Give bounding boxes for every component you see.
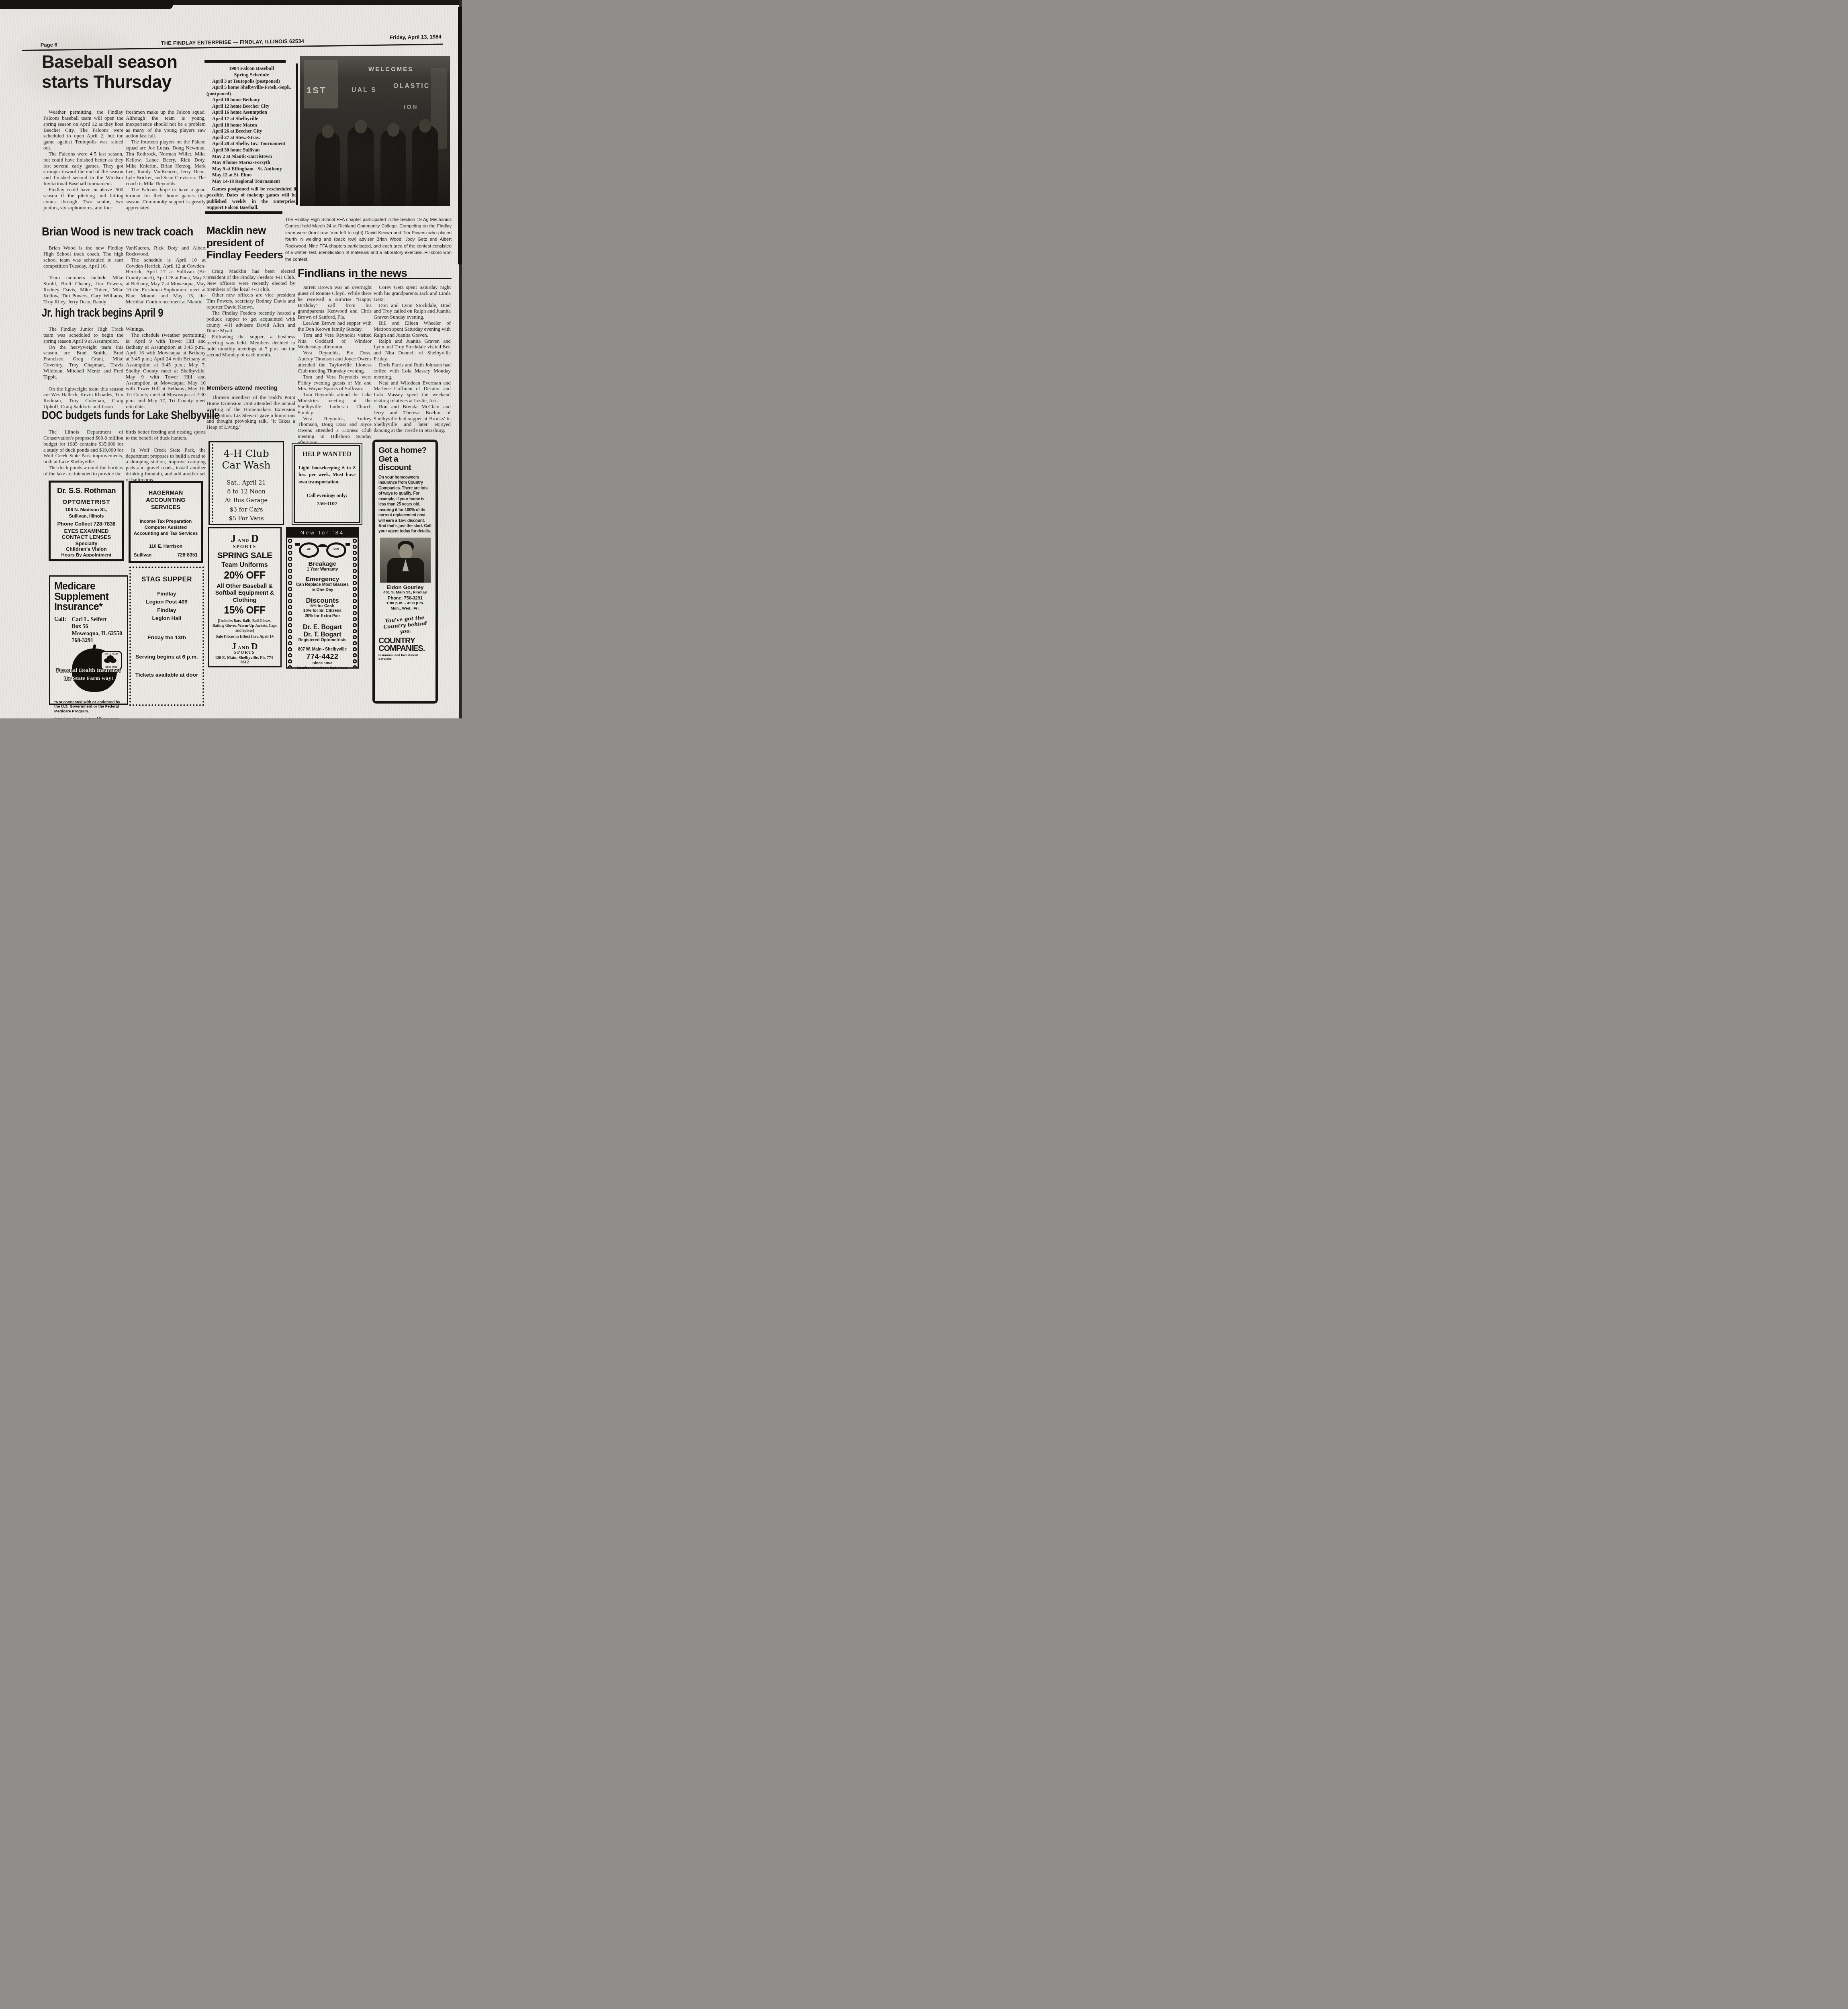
ad-bogart-breakage: Breakage (295, 561, 350, 567)
paragraph: Jarrett Brown was an overnight guest of … (298, 284, 372, 320)
ad-help-wanted-inner: HELP WANTED Light housekeeping 6 to 8 hr… (294, 445, 360, 523)
paragraph: VanKueren, Rick Doty and Albert Rockwood… (126, 245, 206, 257)
ad-help-body: Light housekeeping 6 to 8 hrs. per week.… (298, 464, 356, 485)
glasses-lens-left: WE (299, 542, 319, 558)
paragraph: freshmen make up the Falcon squad. Altho… (126, 109, 206, 139)
schedule-game: April 27 at Stew.-Stras. (206, 135, 296, 141)
photo-banner-text: 1ST (307, 85, 326, 96)
ad-country-hours: 1:00 p.m. - 4:30 p.m. (378, 601, 432, 606)
ad-country-brand: COMPANIES. (378, 645, 432, 653)
photo-left-edge (296, 63, 298, 205)
call-label: Call: (54, 616, 66, 644)
person-silhouette (348, 126, 374, 206)
schedule-note: Games postponed will be rescheduled if p… (206, 186, 296, 211)
scan-edge-right-dark (458, 7, 462, 264)
glasses-arm (295, 543, 300, 546)
ad-rothman-line: Children's Vision (53, 546, 120, 552)
baseball-col1: Weather permitting, the Findlay Falcons … (43, 109, 123, 211)
ad-stag-line: Findlay (134, 590, 199, 598)
contact-line: Carl L. Seifert (72, 616, 123, 624)
ad-help-phone: 756-3107 (298, 500, 356, 507)
ad-bogart-address: 807 W. Main - Shelbyville (295, 647, 350, 653)
page-header: Page 6 THE FINDLAY ENTERPRISE — FINDLAY,… (22, 29, 443, 51)
contact-line: Moweaqua, IL 62550 (72, 630, 123, 638)
glasses-icon: WE CAN (299, 542, 346, 559)
ad-hagerman-service: Computer Assisted (133, 525, 198, 530)
paragraph: The duck ponds around the borders of the… (43, 465, 123, 477)
schedule-game: May 14-18 Regional Tournament (206, 178, 296, 185)
paragraph: Ron and Brenda McClain and Jerry and The… (374, 404, 451, 434)
macklin-body: Craig Macklin has been elected president… (206, 268, 295, 358)
schedule-game: April 30 home Sullivan (206, 147, 296, 153)
ad-stag-line: Legion Post 409 (134, 598, 199, 606)
paragraph: The Findlay Feeders recently hosted a po… (206, 310, 295, 334)
ad-jd-off1: 20% OFF (212, 570, 278, 581)
agent-photo (380, 538, 431, 583)
person-silhouette (412, 125, 438, 206)
ad-rothman-line: CONTACT LENSES (53, 534, 120, 540)
photo-caption: The Findlay High School FFA chapter part… (285, 217, 452, 263)
person-head (419, 119, 431, 133)
ad-jd-effective: Sale Prices in Effect thru April 14 (212, 634, 278, 639)
ad-bogart-doctor2: Dr. T. Bogart (295, 631, 350, 638)
schedule-game: April 12 home Beecher City (206, 103, 296, 110)
ad-country-body: On your homeowners insurance from Countr… (378, 475, 432, 534)
photo-banner-text: UAL S (352, 87, 377, 94)
paragraph: The schedule is April 10 at Cowden-Herri… (126, 257, 206, 305)
newspaper-page: Page 6 THE FINDLAY ENTERPRISE — FINDLAY,… (0, 0, 462, 718)
ad-stag-line: Serving begins at 6 p.m. (134, 653, 199, 661)
ad-rothman-title: OPTOMETRIST (53, 499, 120, 505)
spacer (213, 471, 280, 479)
ad-medicare-company: State Farm Mutual Automobile Insurance C… (54, 717, 123, 718)
paragraph: Other new officers are vice president Ti… (206, 292, 295, 310)
paragraph: The schedule (weather permitting) is: Ap… (126, 332, 206, 410)
ad-rothman-line: Specialty (53, 541, 120, 546)
ad-jd-off2: 15% OFF (212, 605, 278, 616)
chain-border-right (352, 538, 358, 667)
company-line: State Farm Mutual Automobile Insurance C… (54, 717, 123, 718)
ad-rothman-optometrist: Dr. S.S. Rothman OPTOMETRIST 106 N. Madi… (49, 481, 124, 561)
ad-jd-item1: Team Uniforms (212, 562, 278, 569)
ad-bogart-optometrists: New for '84 WE CAN Breakage 1 Year Warra… (286, 527, 359, 669)
ad-jd-address: 120 E. Main, Shelbyville, Ph. 774-6612 (212, 656, 278, 665)
paragraph: birds better feeding and nesting sports … (126, 429, 206, 441)
ad-stag-line: Friday the 13th (134, 634, 199, 642)
headline-brian-wood: Brian Wood is new track coach (42, 225, 201, 238)
ad-jd-brand: J AND D (212, 532, 278, 545)
headline-macklin: Macklin new president of Findlay Feeders (206, 224, 298, 261)
ad-rothman-address2: Sullivan, Illinois (53, 514, 120, 519)
paragraph: Thirteen members of the Todd's Point Hom… (206, 395, 295, 430)
scan-edge-top-left (0, 0, 173, 9)
ad-hagerman-service: Accounting and Tax Services (133, 531, 198, 536)
agent-face (399, 544, 412, 559)
ad-rothman-line: Hours By Appointment (53, 553, 120, 558)
ad-medicare-state-farm: Medicare Supplement Insurance* Call: Car… (49, 575, 128, 705)
jr-track-col2: Winings. The schedule (weather permittin… (126, 326, 206, 410)
brand-letter-j: J (231, 641, 236, 651)
ad-jd-includes: [Includes Bats, Balls, Ball Gloves, Batt… (212, 619, 278, 633)
headline-doc: DOC budgets funds for Lake Shelbyville (42, 409, 209, 422)
findlians-rule (355, 278, 452, 279)
ad-country-companies: Got a home? Get a discount On your homeo… (372, 440, 438, 704)
ad-help-wanted: HELP WANTED Light housekeeping 6 to 8 hr… (292, 443, 362, 525)
schedule-game: April 16 home Assumption (206, 109, 296, 116)
apple-slogan-line2: the State Farm way! (54, 675, 123, 681)
ad-country-agent: Eldon Gourley (378, 584, 432, 590)
schedule-game: May 12 at St. Elmo (206, 172, 296, 178)
paragraph: Weather permitting, the Findlay Falcons … (43, 109, 123, 151)
schedule-game: April 5 home Shelbyville-Frosh.-Soph. (p… (206, 84, 296, 97)
headline-baseball: Baseball season starts Thursday (42, 52, 199, 92)
ad-carwash-line: At Bus Garage (213, 496, 280, 505)
ad-bogart-banner: New for '84 (287, 528, 358, 538)
subhead-members-meeting: Members attend meeting (206, 385, 278, 391)
contact-block: Carl L. Seifert Box 56 Moweaqua, IL 6255… (72, 616, 123, 644)
ad-rothman-name: Dr. S.S. Rothman (53, 487, 120, 495)
ad-carwash-line: $5 For Vans (213, 514, 280, 523)
ad-bogart-discount-line: 5% for Cash (295, 604, 350, 609)
logo-text: STATE FARM (102, 653, 121, 655)
ad-carwash-line: Sat., April 21 (213, 479, 280, 487)
brand-and: AND (238, 645, 249, 651)
headline-jr-track: Jr. high track begins April 9 (42, 306, 196, 319)
paragraph: The fourteen players on the Falcon squad… (126, 139, 206, 187)
brand-and: AND (238, 538, 249, 543)
paragraph: Ralph and Juanita Graven and Lynn and Tr… (374, 338, 451, 362)
contact-line: Box 56 (72, 623, 123, 630)
paragraph: Vera Reynolds, Audrey Thomson, Doug Doss… (298, 416, 372, 446)
ad-rothman-phone: Phone Collect 728-7838 (53, 521, 120, 527)
ad-bogart-since: Since 1953 (295, 661, 350, 666)
logo-oval (110, 658, 117, 663)
ad-carwash-title: Car Wash (213, 460, 280, 471)
ad-country-days: Mon., Wed., Fri. (378, 606, 432, 612)
paragraph: LeeAnn Brown had supper with the Don Keo… (298, 320, 372, 332)
brand-letter-j: J (231, 532, 236, 544)
schedule-game: April 18 home Macon (206, 122, 296, 129)
person-head (322, 125, 334, 138)
ad-jd-sports-label: SPORTS (212, 544, 278, 550)
paragraph: Team members include Mike Strohl, Brett … (43, 275, 123, 305)
macklin-body2: Thirteen members of the Todd's Point Hom… (206, 395, 295, 430)
ad-rothman-line: EYES EXAMINED (53, 528, 120, 534)
ad-medicare-footnote: *Not connected with or endorsed by the U… (54, 700, 123, 714)
ad-hagerman-phone: 728-8351 (177, 552, 198, 558)
paragraph: Following the supper, a business meeting… (206, 334, 295, 358)
paragraph: Tom and Vera Reynolds visited Nita Godda… (298, 332, 372, 350)
brian-wood-col1: Brian Wood is the new Findlay High Schoo… (43, 245, 123, 305)
person-head (387, 123, 399, 137)
ad-4h-car-wash: 4-H Club Car Wash Sat., April 21 8 to 12… (209, 441, 284, 525)
brand-letter-d: D (251, 532, 259, 544)
ad-hagerman-title: HAGERMAN ACCOUNTING SERVICES (133, 489, 198, 511)
ad-stag-line: Legion Hall (134, 614, 199, 622)
photo-banner-text: WELCOMES (368, 66, 413, 73)
ad-country-headline: Got a home? Get a discount (378, 446, 432, 472)
schedule-subtitle: Spring Schedule (206, 72, 296, 78)
paragraph: The Illinois Department of Conservation'… (43, 429, 123, 465)
paragraph: Tom and Vera Reynolds were Friday evenin… (298, 374, 372, 392)
glasses-arm (345, 543, 350, 546)
ad-bogart-member: Member American Opt. Assn. (295, 666, 350, 671)
photo-banner-text: ION (404, 104, 418, 110)
paragraph: Brian Wood is the new Findlay High Schoo… (43, 245, 123, 269)
dotted-border-decoration (212, 444, 213, 522)
scan-edge-top (0, 0, 462, 5)
ad-bogart-breakage-sub: 1 Year Warranty (295, 567, 350, 573)
schedule-title: 1984 Falcon Baseball (206, 65, 296, 72)
ad-carwash-line: $3 for Cars (213, 505, 280, 514)
ad-bogart-discount-line: 20% for Extra Pair (295, 614, 350, 619)
findlians-col1: Jarrett Brown was an overnight guest of … (298, 284, 372, 446)
ad-hagerman-service: Income Tax Preparation (133, 519, 198, 524)
ad-hagerman-city: Sullivan (134, 553, 151, 558)
schedule-game: April 17 at Shelbyville (206, 116, 296, 122)
doc-col1: The Illinois Department of Conservation'… (43, 429, 123, 477)
scan-edge-right (459, 0, 462, 718)
person-head (355, 120, 367, 133)
paragraph: In Wolf Creek State Park, the department… (126, 447, 206, 483)
ad-help-title: HELP WANTED (298, 451, 356, 458)
ad-bogart-body: WE CAN Breakage 1 Year Warranty Emergenc… (294, 538, 351, 667)
brian-wood-col2: VanKueren, Rick Doty and Albert Rockwood… (126, 245, 206, 305)
paragraph: Don and Lynn Stockdale, Brad and Troy ca… (374, 303, 451, 321)
paragraph: The Falcons hope to have a good turnout … (126, 187, 206, 211)
paragraph: Winings. (126, 326, 206, 332)
contact-line: 768-3291 (72, 637, 123, 644)
ad-country-address: 401 S. Main St., Findlay (378, 590, 432, 595)
schedule-game: April 10 home Bethany (206, 97, 296, 103)
ad-medicare-headline: Medicare Supplement Insurance* (54, 581, 123, 612)
ad-jd-sports: J AND D SPORTS SPRING SALE Team Uniforms… (208, 527, 282, 667)
masthead: THE FINDLAY ENTERPRISE — FINDLAY, ILLINO… (22, 36, 443, 48)
glasses-lens-right: CAN (326, 542, 346, 558)
ad-bogart-doctor1: Dr. E. Bogart (295, 624, 350, 631)
ad-bogart-phone: 774-4422 (295, 653, 350, 661)
paragraph: Corey Getz spent Saturday night with his… (374, 284, 451, 303)
ad-country-slogan: You've got the Country behind you. (378, 614, 432, 636)
ad-carwash-title: 4-H Club (213, 448, 280, 460)
ad-carwash-line: 8 to 12 Noon (213, 487, 280, 496)
ad-bogart-emergency-sub: Can Replace Most Glasses in One Day (295, 583, 350, 593)
paragraph: Findlay could have an above .500 season … (43, 187, 123, 211)
issue-date: Friday, April 13, 1984 (390, 34, 442, 41)
lens-text: CAN (328, 548, 344, 550)
ad-stag-line: Findlay (134, 606, 199, 614)
paragraph: Craig Macklin has been elected president… (206, 268, 295, 292)
schedule-game: May 8 home Maroa-Forsyth (206, 160, 296, 166)
ad-bogart-discount-line: 10% for Sr. Citizens (295, 609, 350, 614)
chain-border-left (287, 538, 293, 667)
doc-col2: birds better feeding and nesting sports … (126, 429, 206, 483)
ad-bogart-sub: Registered Optometrists (295, 638, 350, 643)
schedule-game: April 26 at Beecher City (206, 128, 296, 135)
ad-rothman-address1: 106 N. Madison St., (53, 507, 120, 512)
jr-track-col1: The Findlay Junior High Track team was s… (43, 326, 123, 410)
ad-country-phone: Phone: 756-3291 (378, 595, 432, 601)
brand-letter-d: D (251, 641, 258, 651)
paragraph: On the heavyweight team this season are … (43, 344, 123, 380)
person-silhouette (380, 129, 406, 206)
ad-help-call: Call evenings only: (298, 493, 356, 499)
ad-stag-line: Tickets available at door (134, 671, 199, 679)
person-silhouette (315, 131, 340, 206)
apple-slogan-line1: Personal Health Insurance (54, 667, 123, 673)
paragraph: The Falcons were 4-5 last season, but co… (43, 151, 123, 187)
paragraph: Neal and Wilodean Everman and Marlene Co… (374, 380, 451, 404)
rule-below-schedule (205, 211, 282, 214)
schedule-game: April 3 at Teutopolis (postponed) (206, 78, 296, 85)
ad-hagerman-accounting: HAGERMAN ACCOUNTING SERVICES Income Tax … (129, 481, 203, 563)
photo-banner-text: OLASTIC (393, 83, 430, 90)
ad-medicare-contact: Call: Carl L. Seifert Box 56 Moweaqua, I… (54, 616, 123, 644)
findlians-col2: Corey Getz spent Saturday night with his… (374, 284, 451, 434)
ad-bogart-emergency: Emergency (295, 576, 350, 583)
ad-stag-supper: STAG SUPPER Findlay Legion Post 409 Find… (129, 567, 204, 706)
lens-text: WE (301, 548, 317, 550)
paragraph: Bill and Eileen Wheeler of Mattoon spent… (374, 320, 451, 338)
baseball-col2: freshmen make up the Falcon squad. Altho… (126, 109, 206, 211)
ad-country-brand-sub: Insurance and Investment Services (378, 653, 432, 661)
glasses-bridge (318, 544, 327, 550)
paragraph: On the lighweight team this season are W… (43, 386, 123, 410)
paragraph: Doris Farris and Ruth Johnson had coffee… (374, 362, 451, 380)
ad-stag-title: STAG SUPPER (134, 575, 199, 583)
schedule-game: May 2 at Niantic-Harristown (206, 153, 296, 160)
ad-jd-sports-label: SPORTS (212, 651, 278, 655)
ffa-photo: WELCOMES 1ST UAL S OLASTIC ION (300, 56, 450, 206)
photo-highlight (304, 60, 338, 108)
apple-graphic-area: STATE FARM INSURANCE Personal Health Ins… (54, 646, 123, 698)
ad-jd-item2: All Other Baseball & Softball Equipment … (212, 583, 278, 604)
paragraph: Tom Reynolds attend the Lake Ministries … (298, 392, 372, 415)
ad-hagerman-address: 110 E. Harrison (133, 544, 198, 549)
paragraph: Vera Reynolds, Flo Doss, Audrey Thomson … (298, 350, 372, 374)
rule-above-schedule (204, 60, 286, 63)
ad-jd-sale: SPRING SALE (212, 551, 278, 561)
paragraph: The Findlay Junior High Track team was s… (43, 326, 123, 344)
falcon-schedule: 1984 Falcon Baseball Spring Schedule Apr… (206, 65, 296, 211)
schedule-game: May 9 at Effingham - St. Anthony (206, 166, 296, 172)
ad-bogart-discounts: Discounts (295, 597, 350, 604)
schedule-game: April 28 at Shelby Inv. Tournament (206, 141, 296, 147)
